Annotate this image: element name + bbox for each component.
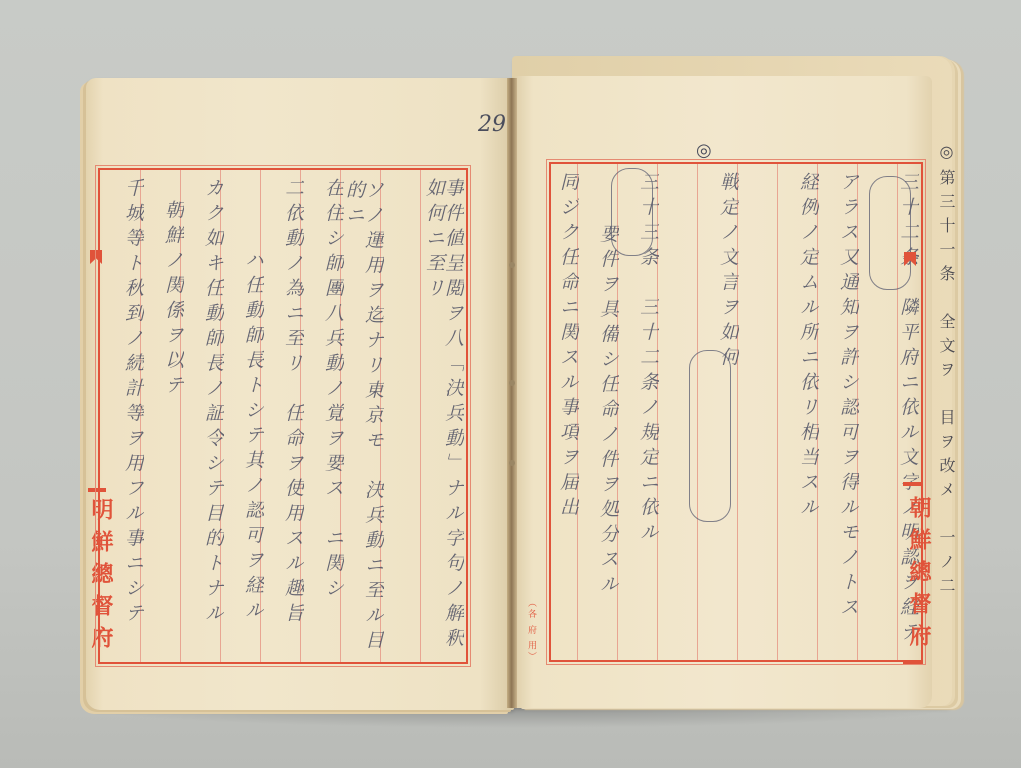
margin-bar: [903, 482, 923, 486]
column-rule: [420, 170, 421, 662]
circle-mark: ◎: [696, 140, 712, 161]
handwritten-column: 二依動ノ為ニ至リ 任命ヲ使用スル趣旨: [283, 178, 302, 628]
right-margin-imprint: 朝鮮總督府: [904, 496, 935, 656]
handwritten-column: カク如キ任動師長ノ証令シテ目的トナル: [203, 178, 222, 628]
handwritten-column: ハ任動師長トシテ其ノ認可ヲ経ル: [243, 250, 262, 625]
handwritten-column: アラス又通知ヲ許シ認可ヲ得ルモノトス: [838, 172, 857, 622]
handwritten-column: 同ジク任命ニ関スル事項ヲ届出: [558, 172, 577, 522]
annotation-oval: [869, 176, 911, 290]
handwritten-column: 事件値呈閲ヲ八「決兵動」ナル字句ノ解釈如何ニ至リ: [424, 178, 462, 662]
left-ruled-frame: 事件値呈閲ヲ八「決兵動」ナル字句ノ解釈如何ニ至リ ソノ運用ヲ迄ナリ東京モ 決兵動…: [98, 168, 468, 664]
page-number: 29: [478, 112, 506, 137]
right-ruled-frame: 三十二条 隣平府ニ依ル文字ノ明認ヲ経テ アラス又通知ヲ許シ認可ヲ得ルモノトス 経…: [549, 162, 923, 662]
annotation-oval: [689, 350, 731, 522]
handwritten-column: 在住シ師團八兵動ノ覚ヲ要ス ニ関シ: [323, 178, 342, 603]
book-gutter: [507, 78, 517, 708]
binding-hole: [509, 262, 515, 268]
margin-bar: [903, 660, 923, 664]
handwritten-column: 戦定ノ文言ヲ如何: [718, 172, 737, 372]
handwritten-column: 要件ヲ具備シ任命ノ件ヲ処分スル: [598, 224, 617, 599]
handwritten-column: 千城等ト秋到ノ続計等ヲ用フル事ニシテ: [123, 178, 142, 628]
handwritten-column: 朝鮮ノ関係ヲ以テ: [163, 200, 182, 400]
column-rule: [777, 164, 778, 660]
spine-label: ◎第三十一条 全文ヲ 目ヲ改メ 一ノ二: [935, 142, 958, 601]
footer-stamp: （各 府 用）: [525, 598, 538, 663]
handwritten-column: 経例ノ定ムル所ニ依リ相当スル: [798, 172, 817, 522]
handwritten-column: ソノ運用ヲ迄ナリ東京モ 決兵動ニ至ル目的ニ: [344, 180, 382, 662]
annotation-oval: [611, 168, 653, 256]
binding-hole: [509, 380, 515, 386]
binding-hole: [509, 460, 515, 466]
